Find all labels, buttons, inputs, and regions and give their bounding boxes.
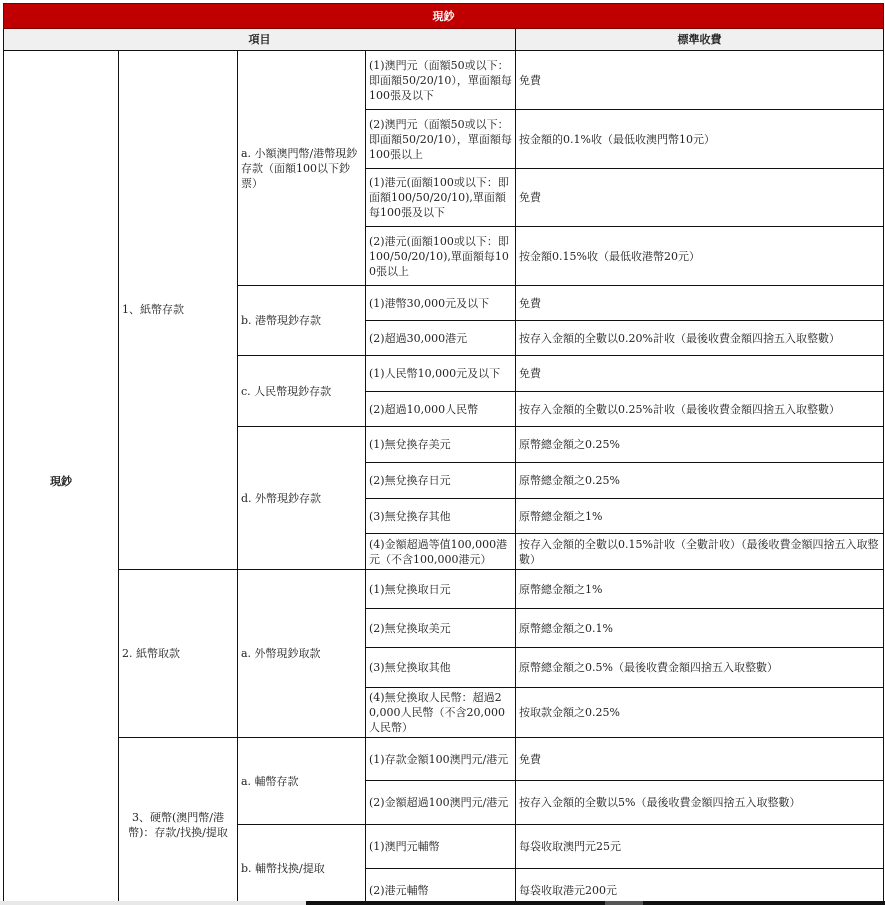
table-title: 現鈔 <box>4 4 884 29</box>
fee-cell: 每袋收取澳門元25元 <box>516 825 884 869</box>
fee-cell: 免費 <box>516 738 884 781</box>
subgroup-label: a. 小額澳門幣/港幣現鈔存款（面額100以下鈔票） <box>238 51 366 286</box>
fee-cell: 按存入金額的全數以0.15%計收（全數計收）（最後收費金額四捨五入取整數） <box>516 534 884 570</box>
table-row: 現鈔 1、紙幣存款 a. 小額澳門幣/港幣現鈔存款（面額100以下鈔票） (1)… <box>4 51 884 110</box>
item-cell: (1)澳門元（面額50或以下：即面額50/20/10），單面額每100張及以下 <box>366 51 516 110</box>
fee-table: 現鈔 項目 標準收費 現鈔 1、紙幣存款 a. 小額澳門幣/港幣現鈔存款（面額1… <box>3 3 884 905</box>
table-row: 2. 紙幣取款 a. 外幣現鈔取款 (1)無兌換取日元 原幣總金額之1% <box>4 570 884 609</box>
item-cell: (3)無兌換取其他 <box>366 648 516 688</box>
header-fee: 標準收費 <box>516 29 884 51</box>
scrollbar-track[interactable] <box>306 901 885 905</box>
item-cell: (1)港幣30,000元及以下 <box>366 286 516 321</box>
group-label: 1、紙幣存款 <box>119 51 238 570</box>
item-cell: (4)無兌換取人民幣：超過20,000人民幣（不含20,000人民幣） <box>366 688 516 738</box>
item-cell: (1)無兌換存美元 <box>366 427 516 463</box>
item-cell: (4)金額超過等值100,000港元（不含100,000港元） <box>366 534 516 570</box>
fee-cell: 原幣總金額之1% <box>516 499 884 534</box>
item-cell: (1)港元(面額100或以下：即面額100/50/20/10),單面額每100張… <box>366 169 516 227</box>
fee-cell: 按金額的0.1%收（最低收澳門幣10元） <box>516 110 884 169</box>
subgroup-label: a. 輔幣存款 <box>238 738 366 825</box>
fee-cell: 按金額0.15%收（最低收港幣20元） <box>516 227 884 286</box>
item-cell: (2)無兌換取美元 <box>366 609 516 648</box>
group-label: 2. 紙幣取款 <box>119 570 238 738</box>
table-row: 3、硬幣(澳門幣/港幣)：存款/找換/提取 a. 輔幣存款 (1)存款金額100… <box>4 738 884 781</box>
fee-cell: 免費 <box>516 169 884 227</box>
fee-cell: 原幣總金額之1% <box>516 570 884 609</box>
fee-cell: 按存入金額的全數以0.20%計收（最後收費金額四捨五入取整數） <box>516 321 884 356</box>
subgroup-label: d. 外幣現鈔存款 <box>238 427 366 570</box>
fee-cell: 原幣總金額之0.5%（最後收費金額四捨五入取整數） <box>516 648 884 688</box>
item-cell: (2)超過30,000港元 <box>366 321 516 356</box>
fee-cell: 按存入金額的全數以0.25%計收（最後收費金額四捨五入取整數） <box>516 392 884 427</box>
subgroup-label: b. 輔幣找換/提取 <box>238 825 366 905</box>
scrollbar-thumb[interactable] <box>605 901 643 905</box>
fee-cell: 免費 <box>516 51 884 110</box>
category-label: 現鈔 <box>4 51 119 905</box>
item-cell: (1)人民幣10,000元及以下 <box>366 356 516 392</box>
fee-table-container: 現鈔 項目 標準收費 現鈔 1、紙幣存款 a. 小額澳門幣/港幣現鈔存款（面額1… <box>3 3 883 905</box>
item-cell: (2)無兌換存日元 <box>366 463 516 499</box>
item-cell: (3)無兌換存其他 <box>366 499 516 534</box>
item-cell: (2)金額超過100澳門元/港元 <box>366 781 516 825</box>
fee-cell: 原幣總金額之0.1% <box>516 609 884 648</box>
fee-cell: 原幣總金額之0.25% <box>516 463 884 499</box>
item-cell: (1)無兌換取日元 <box>366 570 516 609</box>
item-cell: (2)超過10,000人民幣 <box>366 392 516 427</box>
fee-cell: 按取款金額之0.25% <box>516 688 884 738</box>
item-cell: (1)澳門元輔幣 <box>366 825 516 869</box>
horizontal-scrollbar[interactable] <box>0 901 885 905</box>
fee-cell: 免費 <box>516 356 884 392</box>
item-cell: (1)存款金額100澳門元/港元 <box>366 738 516 781</box>
item-cell: (2)澳門元（面額50或以下：即面額50/20/10），單面額每100張以上 <box>366 110 516 169</box>
subgroup-label: a. 外幣現鈔取款 <box>238 570 366 738</box>
subgroup-label: b. 港幣現鈔存款 <box>238 286 366 356</box>
fee-cell: 按存入金額的全數以5%（最後收費金額四捨五入取整數） <box>516 781 884 825</box>
fee-cell: 免費 <box>516 286 884 321</box>
item-cell: (2)港元輔幣 <box>366 869 516 905</box>
header-item: 項目 <box>4 29 516 51</box>
subgroup-label: c. 人民幣現鈔存款 <box>238 356 366 427</box>
item-cell: (2)港元(面額100或以下：即100/50/20/10),單面額每100張以上 <box>366 227 516 286</box>
group-label: 3、硬幣(澳門幣/港幣)：存款/找換/提取 <box>119 738 238 905</box>
fee-cell: 每袋收取港元200元 <box>516 869 884 905</box>
fee-cell: 原幣總金額之0.25% <box>516 427 884 463</box>
